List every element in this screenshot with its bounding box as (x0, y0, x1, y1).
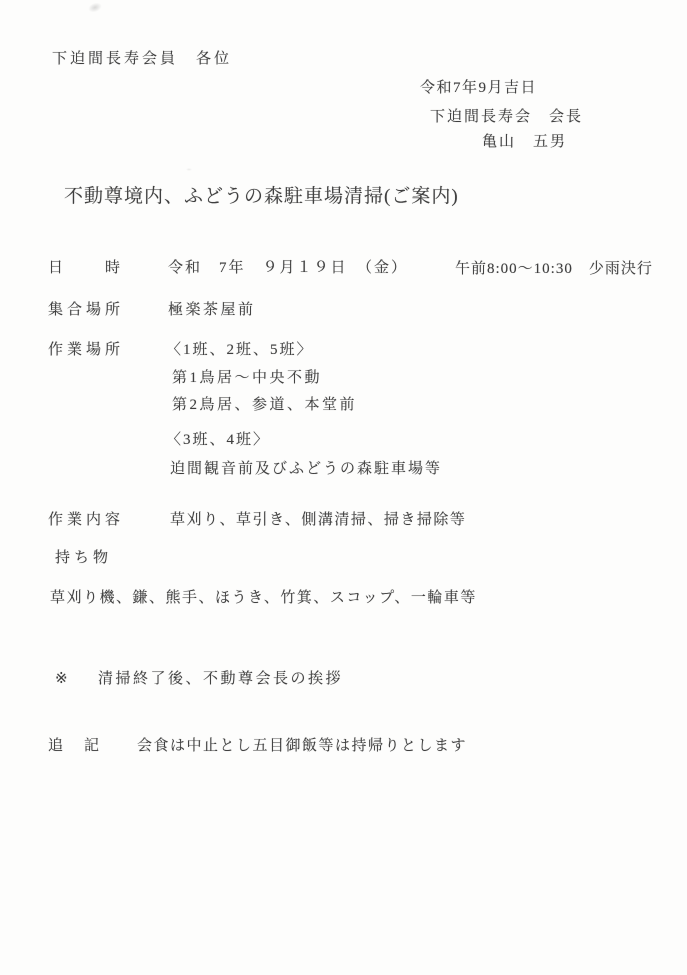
scan-artifact (87, 1, 103, 14)
note-text: 清掃終了後、不動尊会長の挨拶 (98, 670, 343, 688)
scanned-notice-document: 下迫間長寿会員 各位 令和7年9月吉日 下迫間長寿会 会長 亀山 五男 不動尊境… (0, 0, 687, 975)
recipient-line: 下迫間長寿会員 各位 (52, 50, 232, 68)
datetime-value: 令和 7年 ９月１９日 （金） (168, 259, 408, 277)
note-marker: ※ (55, 670, 68, 688)
work-site-label: 作業場所 (48, 341, 124, 359)
datetime-label: 日 時 (48, 259, 124, 277)
issuer-name: 亀山 五男 (482, 133, 567, 151)
work-site-group2-line: 迫間観音前及びふどうの森駐車場等 (170, 460, 442, 478)
issuer-organization: 下迫間長寿会 会長 (430, 108, 583, 126)
meeting-place-value: 極楽茶屋前 (168, 301, 256, 319)
document-title: 不動尊境内、ふどうの森駐車場清掃(ご案内) (64, 186, 459, 209)
belongings-label: 持ち物 (55, 549, 112, 567)
work-content-value: 草刈り、草引き、側溝清掃、掃き掃除等 (170, 511, 466, 529)
work-site-group1-line: 第1鳥居～中央不動 (172, 369, 322, 387)
scan-artifact (186, 168, 192, 171)
work-site-group1: 〈1班、2班、5班〉 (166, 341, 314, 359)
postscript-value: 会食は中止とし五目御飯等は持帰りとします (137, 737, 467, 755)
issued-date: 令和7年9月吉日 (420, 79, 537, 97)
datetime-note: 午前8:00～10:30 少雨決行 (455, 260, 653, 278)
meeting-place-label: 集合場所 (48, 301, 124, 319)
work-site-group1-line: 第2鳥居、参道、本堂前 (172, 396, 357, 414)
postscript-label: 追 記 (48, 737, 102, 755)
work-content-label: 作業内容 (48, 511, 124, 529)
work-site-group2: 〈3班、4班〉 (166, 431, 270, 449)
belongings-value: 草刈り機、鎌、熊手、ほうき、竹箕、スコップ、一輪車等 (50, 589, 477, 607)
